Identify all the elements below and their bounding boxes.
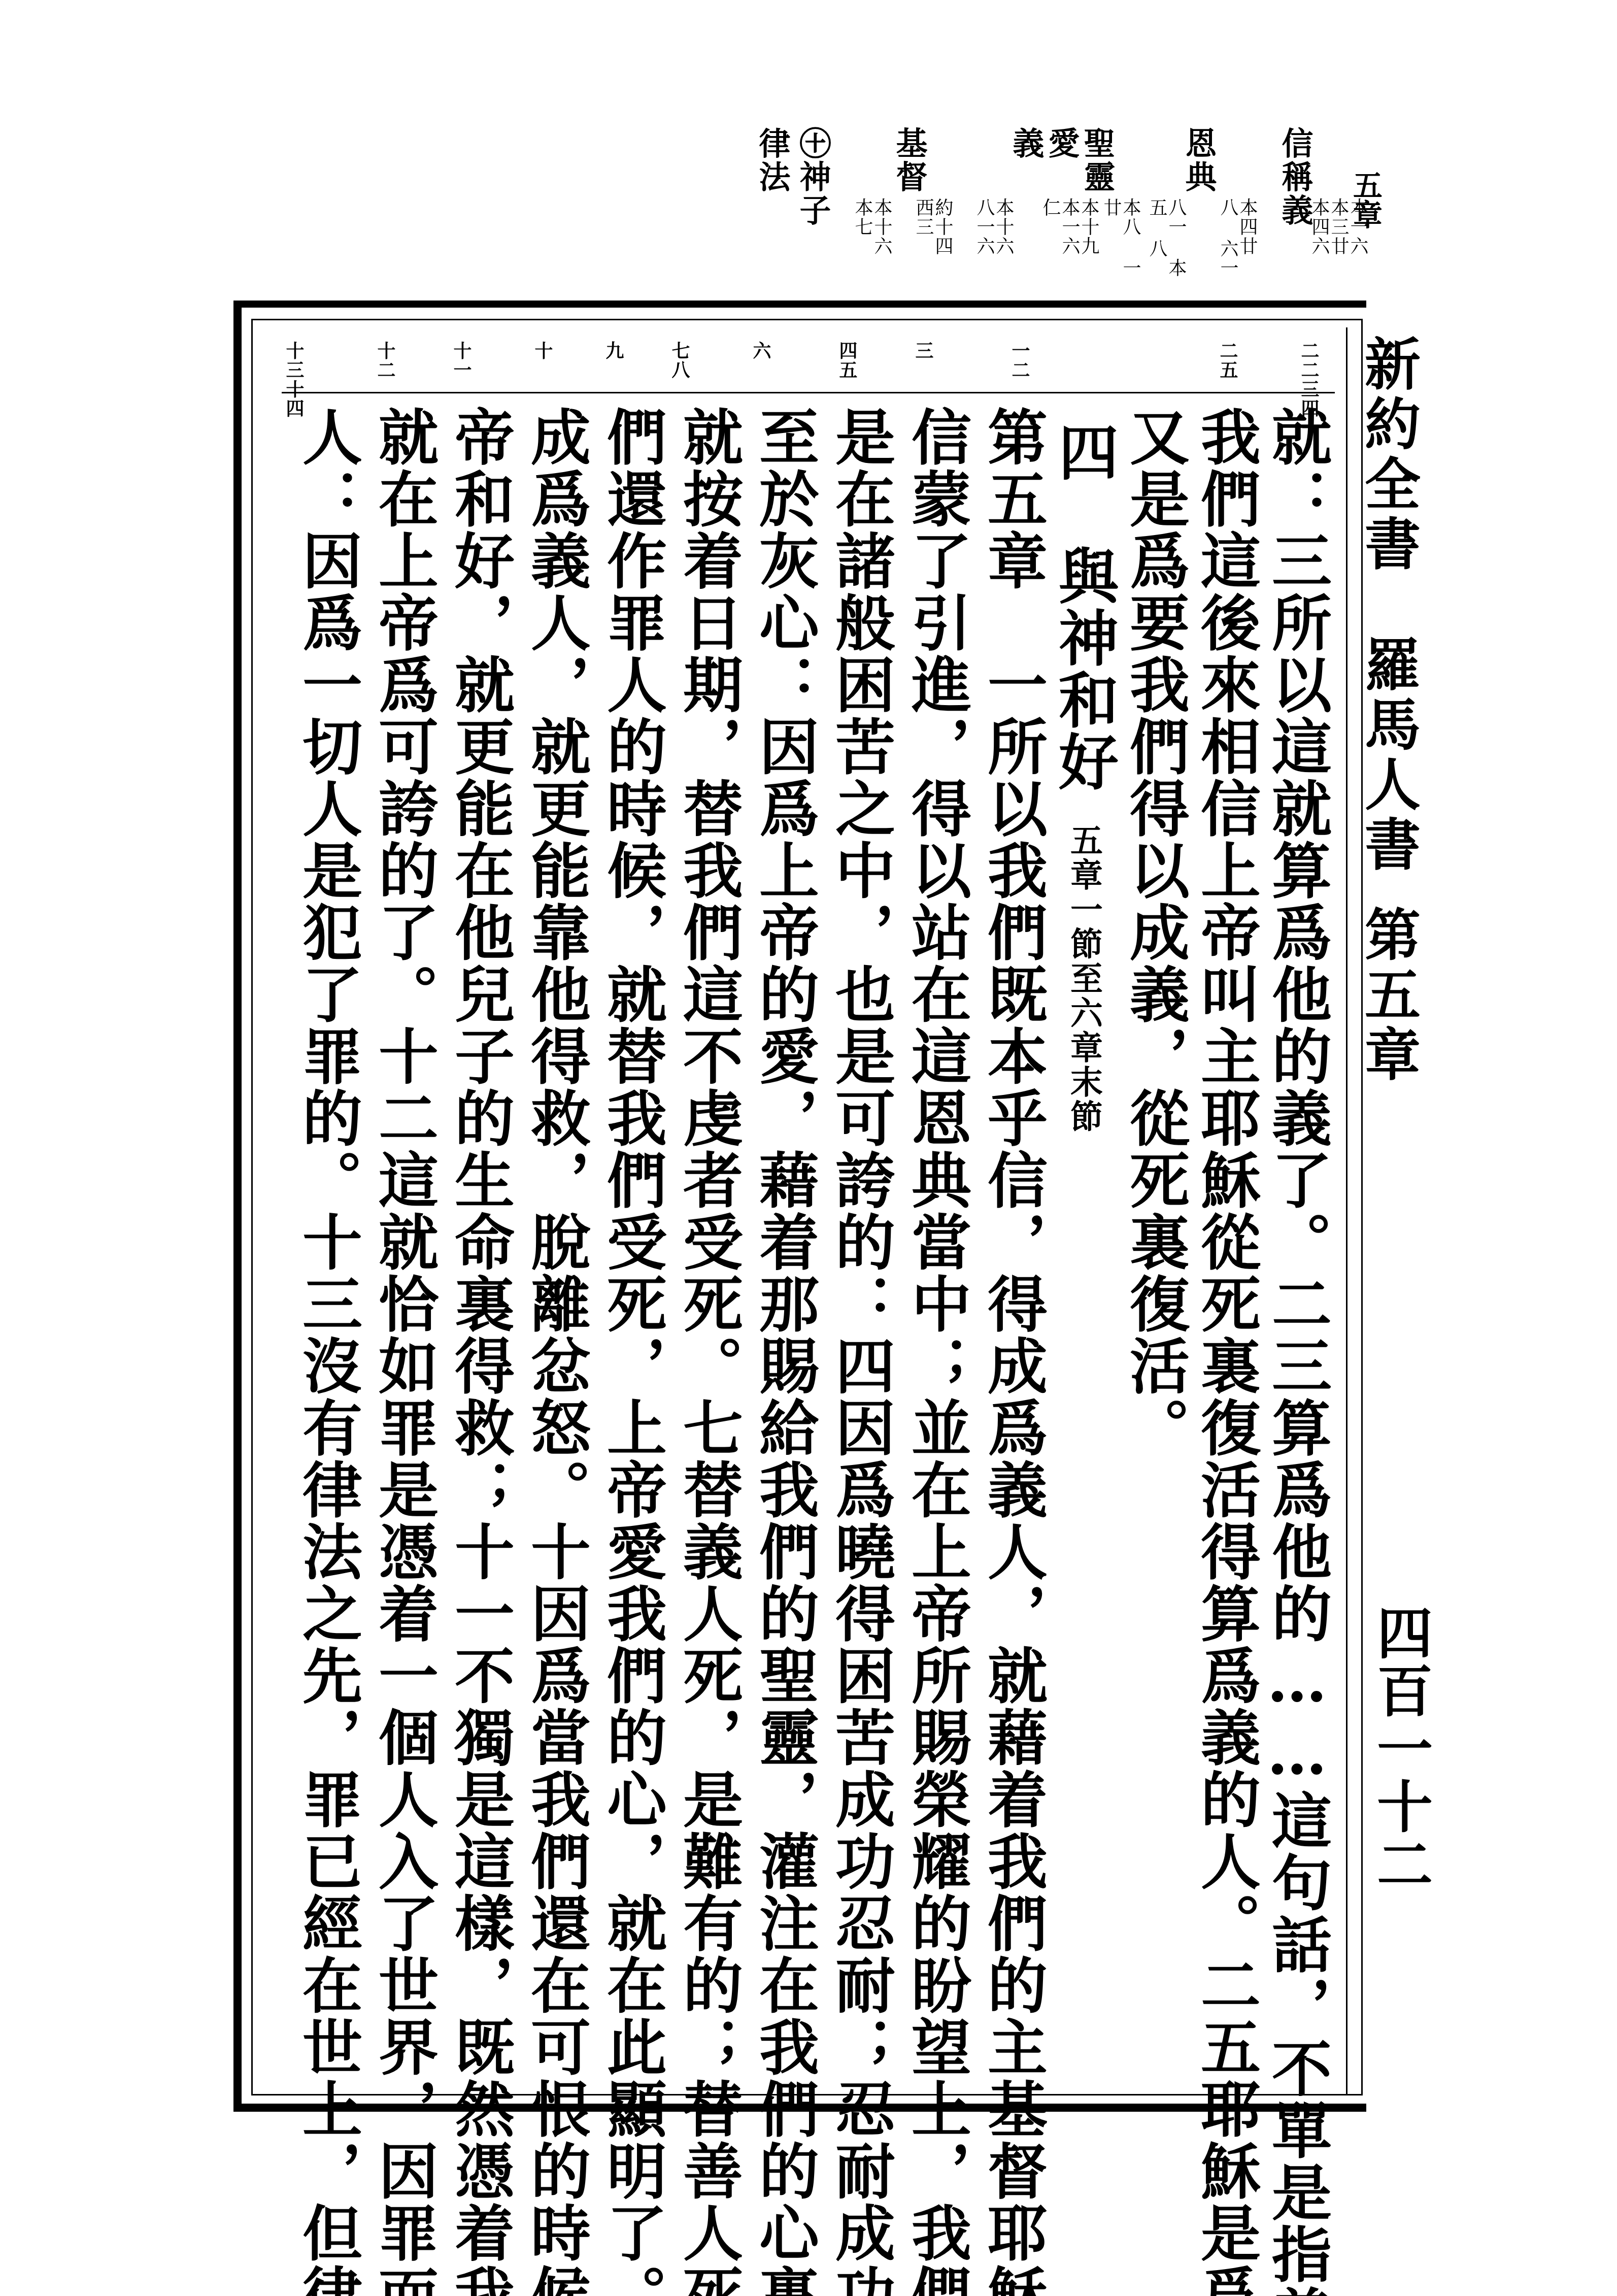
marginal-term: 義 [1010,127,1041,160]
book-title: 新約全書 [1356,335,1421,575]
marginal-references: 五章 信稱義 恩典 聖靈 愛 義 基督 ㊉神子 律法 本一六 本三廿 本四六 本… [472,127,1386,289]
marginal-term: 信稱義 [1279,127,1310,227]
verse-header-number: 十 [533,341,552,360]
title-column-rule [1346,327,1347,2094]
marginal-cite: 約十四 西三 [914,198,952,289]
verse-header-number: 四五 [837,341,857,380]
marginal-cite: 八一 本五 八 [1147,198,1186,289]
text-column: 又是爲要我們得以成義，從死裏復活。 [1117,406,1193,2097]
text-column: 至於灰心：因爲上帝的愛，藉着那賜給我們的聖靈，灌注在我們的心裏。六當我們無力的時… [746,406,822,2097]
marginal-term: 律法 [756,127,788,194]
running-title: 新約全書羅馬人書第五章 [1360,335,1416,1085]
verse-header-number: 十一 [452,341,471,380]
text-column: 人：因爲一切人是犯了罪的。十三沒有律法之先，罪已經在世上，但律法未曾設立，罪也不… [289,406,365,2097]
text-column: 是在諸般困苦之中，也是可誇的：四因爲曉得困苦成功忍耐；忍耐成功經練；經練成功盼望… [822,406,898,2097]
text-column: 就：三所以這就算爲他的義了。二三算爲他的……這句話，不單是指着他所寫；二四也是指… [1259,406,1335,2097]
section-subheading: 五章一節至六章末節 [1065,823,1103,1134]
section-heading: 四 與神和好 [1049,421,1119,793]
page-number: 四百一十二 [1360,1604,1440,1893]
verse-header-number: 三 [914,341,933,360]
text-column: 成爲義人，就更能靠他得救，脫離忿怒。十因爲當我們還在可恨的時候，因靠着他兒子的死… [518,406,594,2097]
text-column: 就按着日期，替我們這不虔者受死。七替義人死，是難有的；替善人死，或者有肯受的。八… [670,406,746,2097]
section-heading-column: 四 與神和好五章一節至六章末節 [1046,421,1122,2112]
text-column: 我們這後來相信上帝叫主耶穌從死裏復活得算爲義的人。二五耶穌是爲我們的過犯，被交到… [1188,406,1264,2097]
verse-header-rule [282,392,1335,393]
verse-header-number: 九 [604,341,623,360]
text-column: 就在上帝爲可誇的了。十二這就恰如罪是憑着一個人入了世界，因罪而有死。如此，死就臨… [365,406,442,2097]
marginal-term: ㊉神子 [797,127,828,227]
verse-header-number: 七八 [670,341,689,380]
marginal-cite: 本十六 本七 [853,198,891,289]
verse-header-number: 六 [751,341,770,360]
section-title: 羅馬人書 [1356,636,1421,875]
text-column: 信蒙了引進，得以站在這恩典當中；並在上帝所賜榮耀的盼望上，我們就有可誇了：三不獨… [898,406,974,2097]
marginal-cite: 本四廿 八 六一 [1218,198,1257,289]
marginal-cite: 本八 一廿 [1101,198,1140,289]
marginal-cite: 本十六 八一六 [974,198,1013,289]
marginal-term: 恩典 [1183,127,1214,194]
marginal-term: 聖靈 [1081,127,1113,194]
marginal-cite: 本一六 本三廿 本四六 [1309,198,1367,289]
marginal-cite: 本十九 本一六 仁 [1040,198,1098,289]
text-column: 們還作罪人的時候，就替我們受死，上帝愛我們的心，就在此顯明了。九現在我們既在他的… [594,406,670,2097]
verse-header-number: 一二 [1010,341,1029,380]
marginal-term: 基督 [893,127,925,194]
text-column: 第五章 一所以我們既本乎信，得成爲義人，就藉着我們的主基督耶穌得與上帝和解了；二… [974,406,1051,2097]
verse-header-number: 十二 [376,341,395,380]
verse-header-right-2: 二五 [1218,341,1237,380]
text-column: 帝和好，就更能在他兒子的生命裏得救；十一不獨是這樣，既然憑着我們的主基督耶穌得以… [442,406,518,2097]
marginal-term: 愛 [1046,127,1077,160]
chapter-title: 第五章 [1356,906,1421,1085]
